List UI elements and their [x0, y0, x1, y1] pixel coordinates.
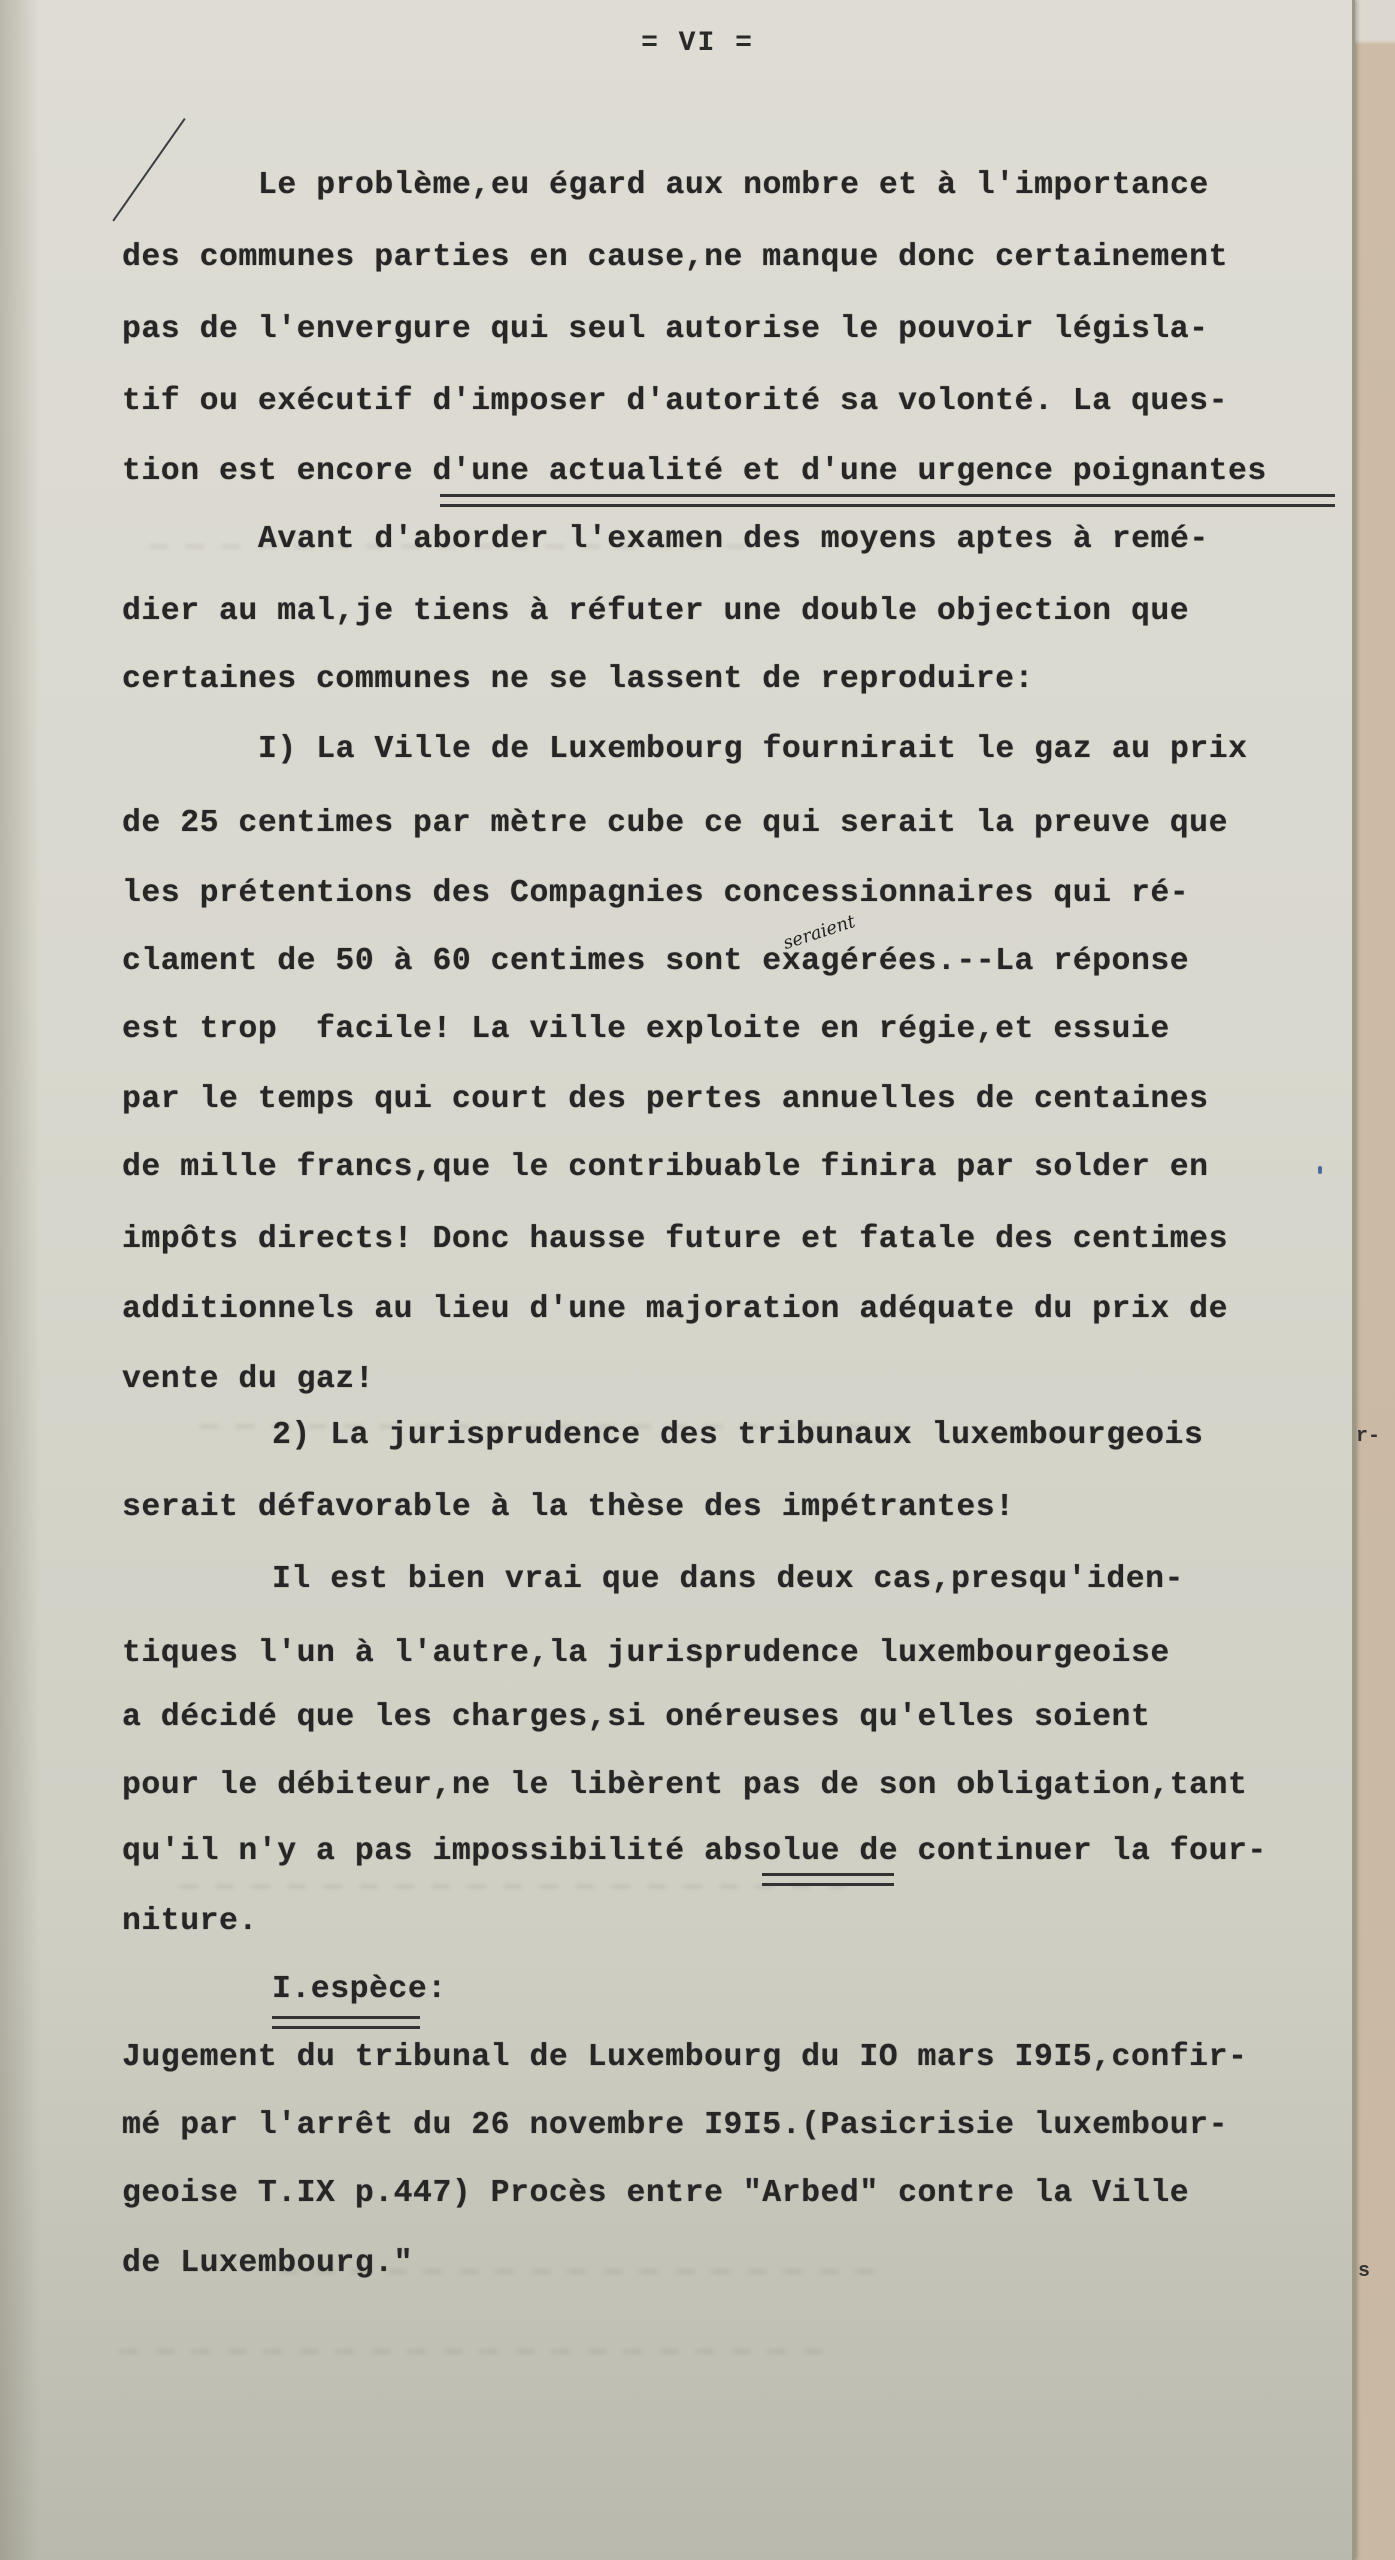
text-line: Il est bien vrai que dans deux cas,presq…: [272, 1562, 1184, 1597]
pen-mark: [1318, 1166, 1322, 1174]
text-line: I) La Ville de Luxembourg fournirait le …: [258, 732, 1248, 767]
text-line: a décidé que les charges,si onéreuses qu…: [122, 1700, 1150, 1735]
section-heading: I.espèce:: [272, 1972, 447, 2007]
desk-backdrop: [1352, 0, 1395, 2560]
edge-mark: s: [1358, 2260, 1370, 2283]
text-line: Le problème,eu égard aux nombre et à l'i…: [258, 168, 1209, 203]
text-line: les prétentions des Compagnies concessio…: [122, 876, 1189, 911]
text-line: clament de 50 à 60 centimes sont exagéré…: [122, 944, 1189, 979]
text-line: qu'il n'y a pas impossibilité absolue de…: [122, 1834, 1267, 1869]
document-page: — — — — — — — — — — — — — — — — — — — — …: [0, 0, 1355, 2560]
text-line: certaines communes ne se lassent de repr…: [122, 662, 1034, 697]
heading-double-underline: [272, 2016, 420, 2029]
text-line: vente du gaz!: [122, 1362, 374, 1397]
text-line: impôts directs! Donc hausse future et fa…: [122, 1222, 1228, 1257]
text-line: 2) La jurisprudence des tribunaux luxemb…: [272, 1418, 1203, 1453]
text-line: Avant d'aborder l'examen des moyens apte…: [258, 522, 1209, 557]
text-line: serait défavorable à la thèse des impétr…: [122, 1490, 1015, 1525]
emphasis-double-underline: [440, 494, 1335, 507]
bleed-through-text: — — — — — — — — — — — — — — — — — — — —: [120, 2335, 822, 2369]
text-line: est trop facile! La ville exploite en ré…: [122, 1012, 1170, 1047]
text-line: niture.: [122, 1904, 258, 1939]
emphasis-double-underline: [762, 1873, 894, 1886]
text-line: dier au mal,je tiens à réfuter une doubl…: [122, 594, 1189, 629]
text-line: des communes parties en cause,ne manque …: [122, 240, 1228, 275]
text-line: tiques l'un à l'autre,la jurisprudence l…: [122, 1636, 1170, 1671]
text-line: de mille francs,que le contribuable fini…: [122, 1150, 1209, 1185]
text-line: pour le débiteur,ne le libèrent pas de s…: [122, 1768, 1247, 1803]
text-line: de Luxembourg.": [122, 2246, 413, 2281]
text-line: mé par l'arrêt du 26 novembre I9I5.(Pasi…: [122, 2108, 1228, 2143]
text-line: geoise T.IX p.447) Procès entre "Arbed" …: [122, 2176, 1189, 2211]
text-line: tion est encore d'une actualité et d'une…: [122, 454, 1267, 489]
page-number: = VI =: [0, 28, 1395, 59]
text-line: par le temps qui court des pertes annuel…: [122, 1082, 1209, 1117]
text-line: additionnels au lieu d'une majoration ad…: [122, 1292, 1228, 1327]
edge-mark: r-: [1356, 1425, 1380, 1448]
text-line: de 25 centimes par mètre cube ce qui ser…: [122, 806, 1228, 841]
margin-pen-stroke: [112, 118, 185, 222]
text-line: Jugement du tribunal de Luxembourg du IO…: [122, 2040, 1247, 2075]
text-line: tif ou exécutif d'imposer d'autorité sa …: [122, 384, 1228, 419]
text-line: pas de l'envergure qui seul autorise le …: [122, 312, 1209, 347]
bleed-through-text: — — — — — — — — — — — — — — — — — — —: [180, 1870, 846, 1904]
